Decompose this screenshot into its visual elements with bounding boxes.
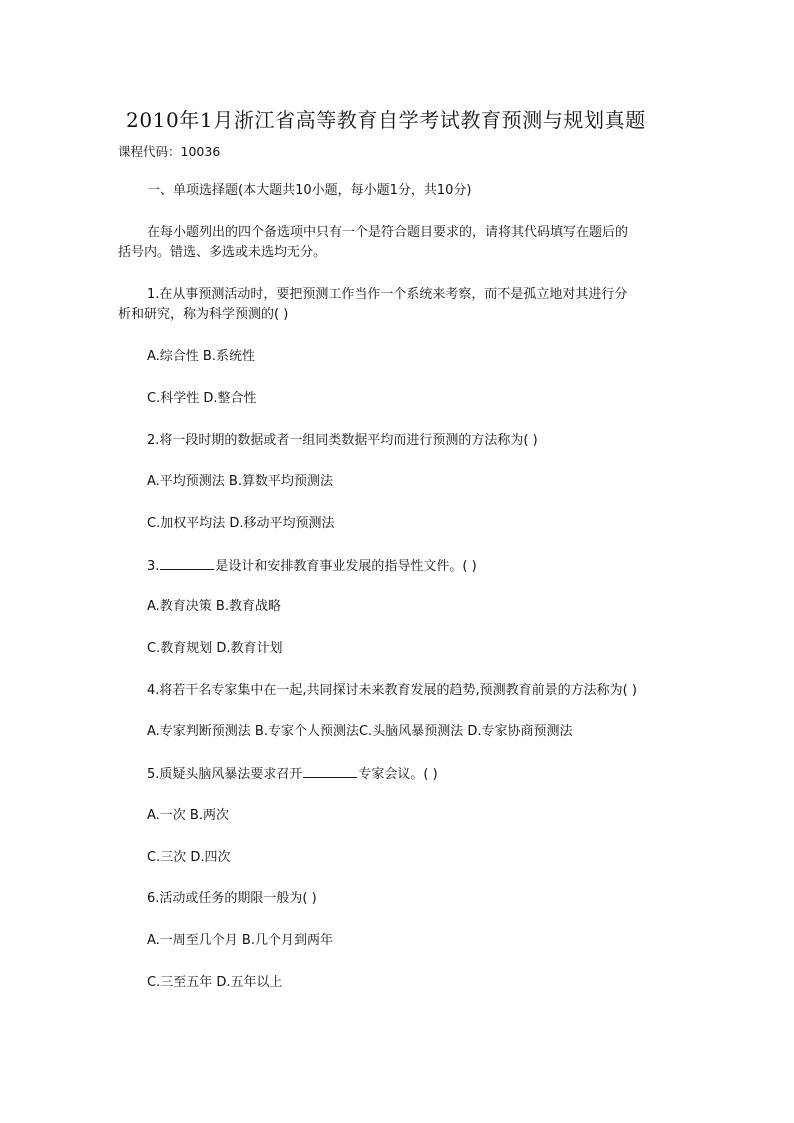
question-3-options-row-1: A.教育决策 B.教育战略 (147, 596, 281, 617)
course-code-value: 10036 (181, 144, 221, 159)
question-2-stem: 2.将一段时期的数据或者一组同类数据平均而进行预测的方法称为( ) (147, 430, 538, 451)
course-code-label: 课程代码： (118, 144, 181, 159)
course-code-line: 课程代码：10036 (118, 141, 220, 162)
question-6-options-row-1: A.一周至几个月 B.几个月到两年 (147, 930, 333, 951)
question-1-options-row-2: C.科学性 D.整合性 (147, 388, 257, 409)
question-3-stem: 3.是设计和安排教育事业发展的指导性文件。( ) (147, 555, 477, 577)
question-3-stem-prefix: 3. (147, 559, 159, 574)
instructions-line-1: 在每小题列出的四个备选项中只有一个是符合题目要求的，请将其代码填写在题后的 (147, 222, 628, 243)
question-6-options-row-2: C.三至五年 D.五年以上 (147, 972, 283, 993)
question-5-stem-prefix: 5.质疑头脑风暴法要求召开 (147, 767, 302, 782)
question-3-options-row-2: C.教育规划 D.教育计划 (147, 638, 283, 659)
question-3-stem-suffix: 是设计和安排教育事业发展的指导性文件。( ) (215, 559, 476, 574)
fill-in-blank (160, 555, 214, 570)
question-4-stem: 4.将若干名专家集中在一起,共同探讨未来教育发展的趋势,预测教育前景的方法称为(… (147, 680, 637, 701)
question-5-options-row-1: A.一次 B.两次 (147, 805, 229, 826)
question-4-options-row-1: A.专家判断预测法 B.专家个人预测法C.头脑风暴预测法 D.专家协商预测法 (147, 721, 572, 742)
question-1-stem-line-1: 1.在从事预测活动时，要把预测工作当作一个系统来考察，而不是孤立地对其进行分 (147, 284, 627, 305)
fill-in-blank (303, 763, 357, 778)
question-2-options-row-2: C.加权平均法 D.移动平均预测法 (147, 513, 335, 534)
question-2-options-row-1: A.平均预测法 B.算数平均预测法 (147, 471, 333, 492)
section-heading: 一、单项选择题(本大题共10小题，每小题1分，共10分) (147, 180, 472, 201)
instructions-line-2: 括号内。错选、多选或未选均无分。 (118, 242, 326, 263)
question-6-stem: 6.活动或任务的期限一般为( ) (147, 888, 317, 909)
question-5-stem: 5.质疑头脑风暴法要求召开专家会议。( ) (147, 763, 438, 785)
question-5-options-row-2: C.三次 D.四次 (147, 847, 231, 868)
question-1-options-row-1: A.综合性 B.系统性 (147, 346, 255, 367)
question-1-stem-line-2: 析和研究，称为科学预测的( ) (118, 304, 288, 325)
document-page: 2010年1月浙江省高等教育自学考试教育预测与规划真题 课程代码：10036 一… (0, 0, 794, 1123)
question-5-stem-suffix: 专家会议。( ) (358, 767, 437, 782)
document-title: 2010年1月浙江省高等教育自学考试教育预测与规划真题 (126, 104, 646, 133)
